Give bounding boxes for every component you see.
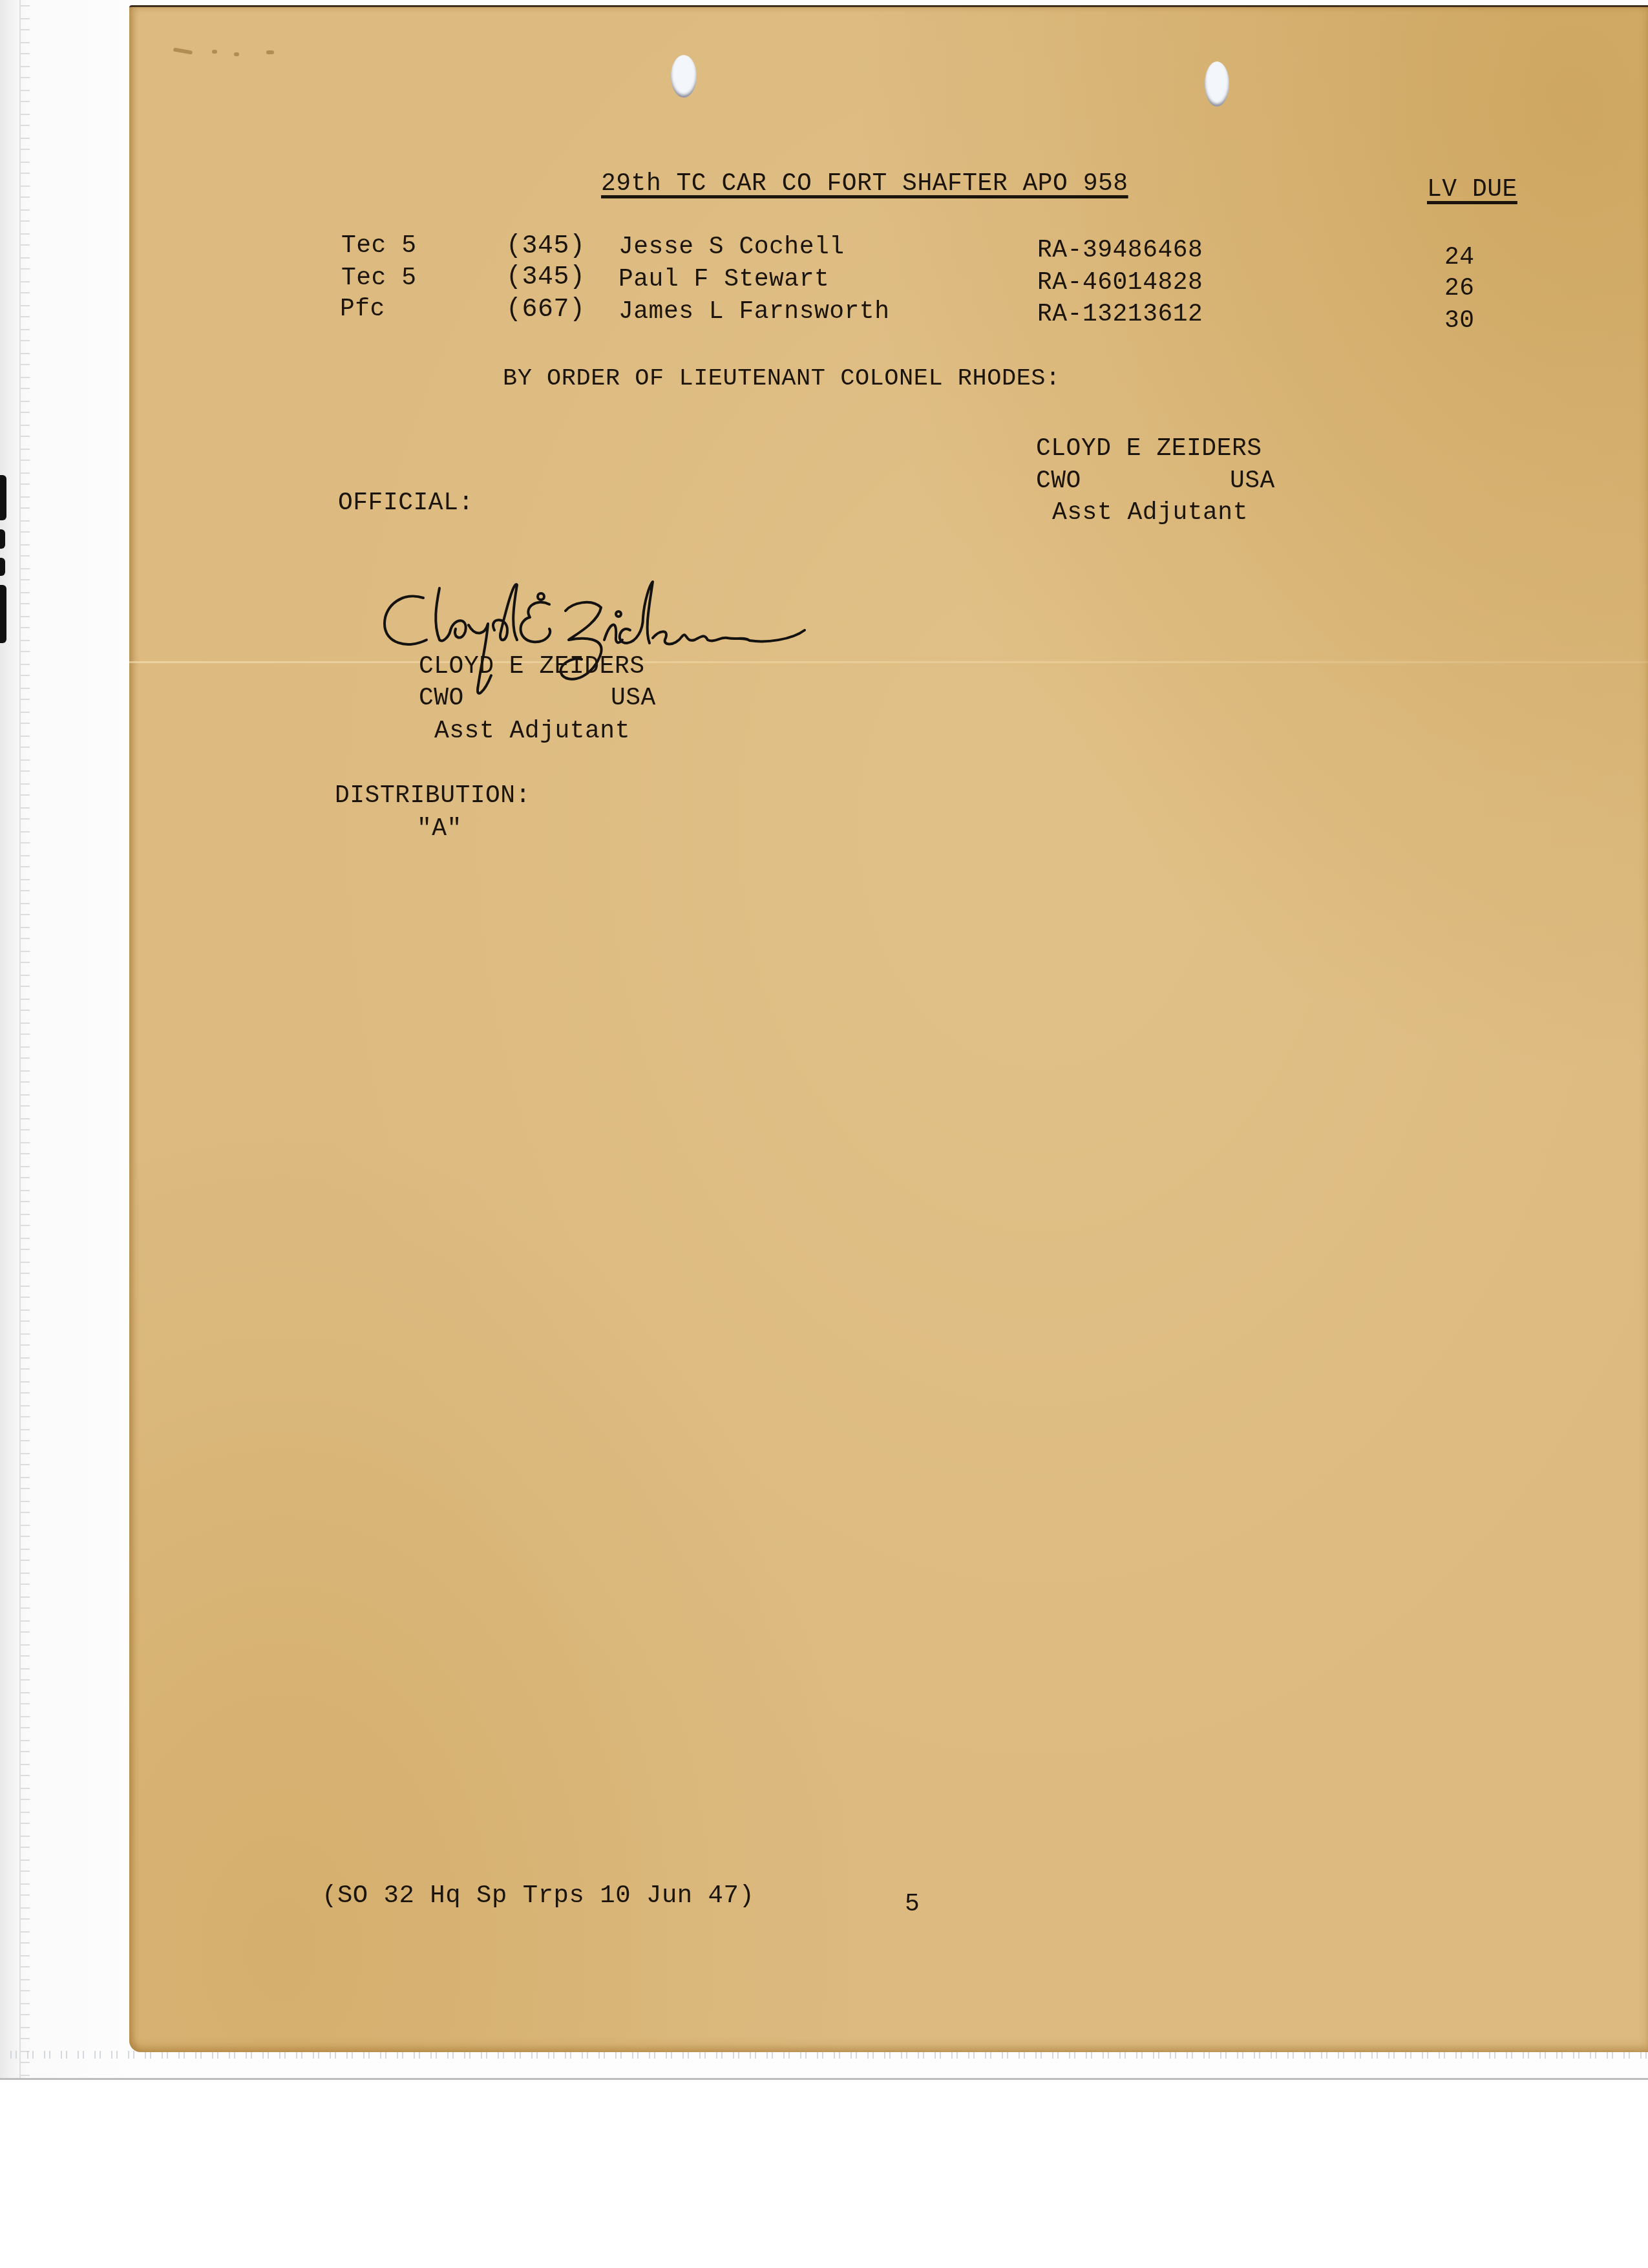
serial-number: RA-13213612: [1037, 302, 1203, 327]
official-grade: CWO: [419, 686, 464, 711]
rank: Tec 5: [341, 234, 417, 259]
staple-mark: [173, 47, 193, 54]
soldier-name: James L Farnsworth: [618, 300, 889, 324]
soldier-name: Jesse S Cochell: [618, 235, 845, 260]
serial-number: RA-46014828: [1037, 271, 1203, 295]
signatory-title: Asst Adjutant: [1052, 501, 1248, 525]
lv-due-value: 26: [1444, 277, 1475, 301]
soldier-name: Paul F Stewart: [618, 268, 829, 292]
order-authority-line: BY ORDER OF LIEUTENANT COLONEL RHODES:: [503, 367, 1061, 391]
staple-mark: [234, 52, 239, 56]
lv-due-value: 24: [1444, 246, 1475, 270]
rank: Tec 5: [341, 266, 417, 291]
staple-mark: [212, 50, 217, 54]
punch-hole: [671, 55, 697, 98]
special-order-reference: (SO 32 Hq Sp Trps 10 Jun 47): [322, 1883, 754, 1909]
official-label: OFFICIAL:: [338, 491, 474, 516]
lv-due-value: 30: [1444, 309, 1475, 334]
unit-header: 29th TC CAR CO FORT SHAFTER APO 958: [601, 172, 1128, 196]
signatory-grade: CWO: [1036, 469, 1081, 494]
distribution-value: "A": [417, 817, 462, 842]
mos-code: (345): [506, 234, 586, 260]
punch-hole: [1205, 61, 1229, 107]
official-branch: USA: [611, 686, 656, 711]
rank: Pfc: [340, 297, 385, 322]
signatory-name: CLOYD E ZEIDERS: [1036, 437, 1262, 461]
official-title: Asst Adjutant: [434, 719, 630, 744]
staple-mark: [266, 50, 274, 54]
mos-code: (345): [506, 265, 586, 291]
page-number: 5: [905, 1892, 920, 1917]
edge-marks: [0, 475, 6, 669]
distribution-label: DISTRIBUTION:: [335, 784, 531, 809]
lv-due-header: LV DUE: [1427, 178, 1517, 202]
official-name: CLOYD E ZEIDERS: [419, 655, 645, 679]
protector-perforation-left: [19, 0, 30, 2078]
signatory-branch: USA: [1230, 469, 1275, 494]
serial-number: RA-39486468: [1037, 238, 1203, 263]
mos-code: (667): [506, 297, 586, 323]
